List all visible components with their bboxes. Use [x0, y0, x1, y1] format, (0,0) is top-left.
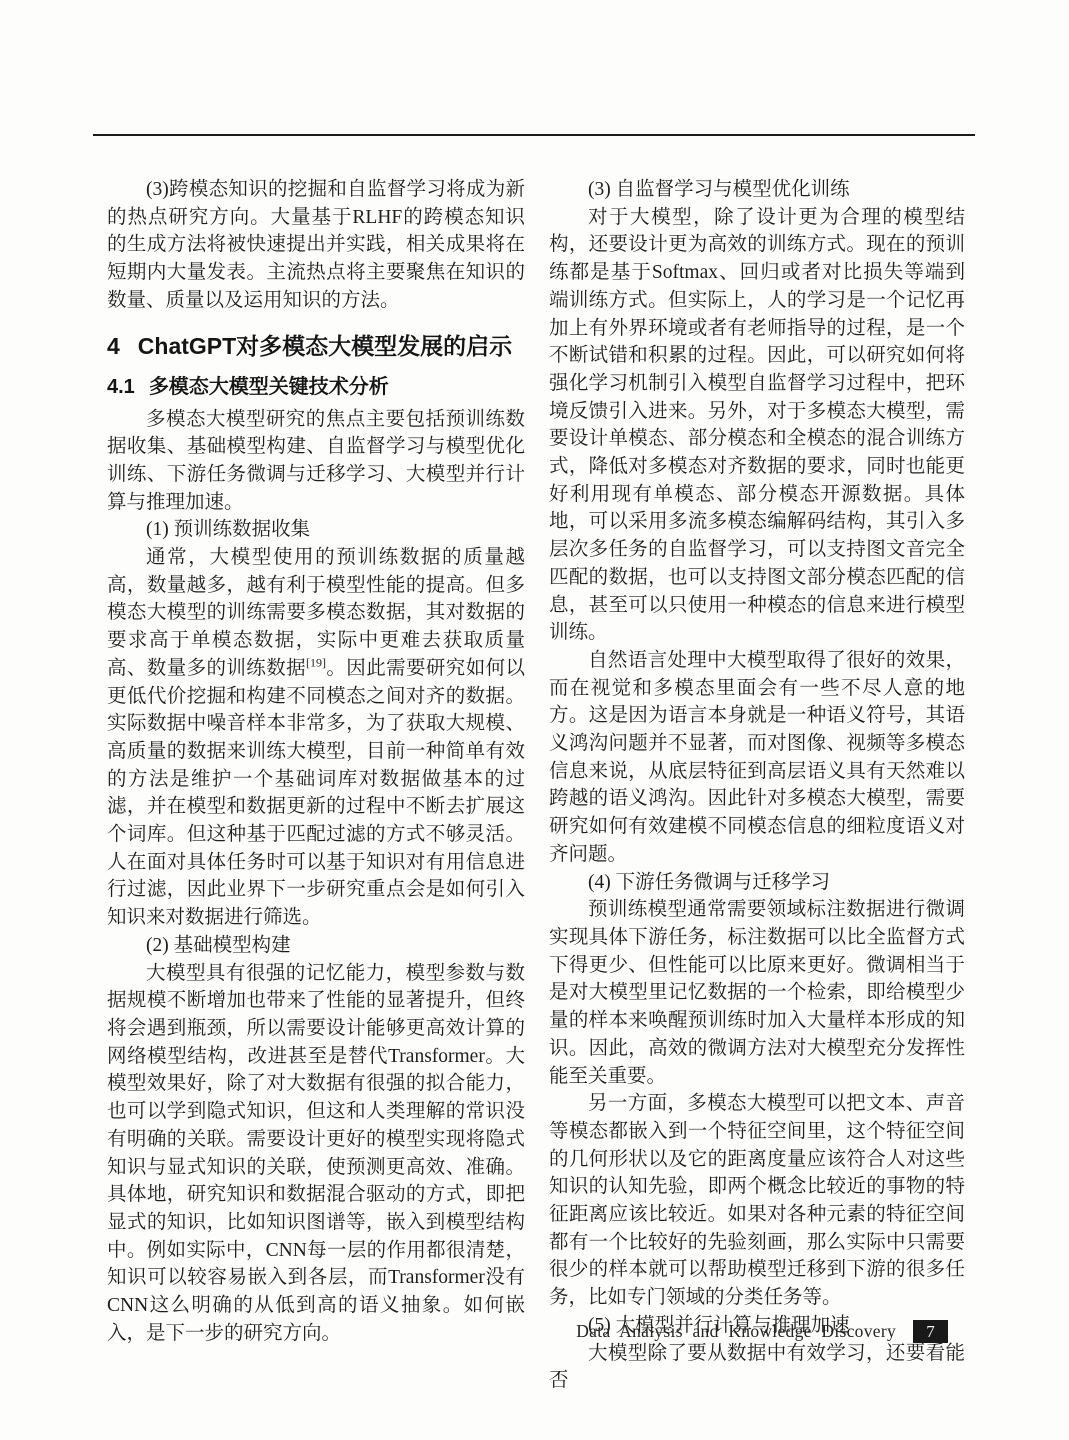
item1-heading: (1) 预训练数据收集: [107, 516, 525, 544]
item3-paragraph-1: 对于大模型，除了设计更为合理的模型结构，还要设计更为高效的训练方式。现在的预训练…: [549, 204, 965, 647]
citation-ref-19: [19]: [306, 655, 326, 669]
item4-heading: (4) 下游任务微调与迁移学习: [549, 869, 965, 897]
item3-paragraph-2: 自然语言处理中大模型取得了很好的效果，而在视觉和多模态里面会有一些不尽人意的地方…: [549, 647, 965, 869]
item3-heading: (3) 自监督学习与模型优化训练: [549, 176, 965, 204]
item1-paragraph: 通常，大模型使用的预训练数据的质量越高，数量越多，越有利于模型性能的提高。但多模…: [107, 544, 525, 932]
header-rule: [93, 134, 975, 136]
left-column: (3)跨模态知识的挖掘和自监督学习将成为新的热点研究方向。大量基于RLHF的跨模…: [107, 176, 525, 1347]
item1-text-after-citation: 。因此需要研究如何以更低代价挖掘和构建不同模态之间对齐的数据。实际数据中噪音样本…: [107, 658, 525, 928]
item4-paragraph-2: 另一方面，多模态大模型可以把文本、声音等模态都嵌入到一个特征空间里，这个特征空间…: [549, 1090, 965, 1312]
subsection-number: 4.1: [107, 376, 135, 398]
item2-heading: (2) 基础模型构建: [107, 932, 525, 960]
item5-paragraph: 大模型除了要从数据中有效学习，还要看能否: [549, 1340, 965, 1395]
journal-name: Data Analysis and Knowledge Discovery: [576, 1321, 896, 1342]
journal-page: (3)跨模态知识的挖掘和自监督学习将成为新的热点研究方向。大量基于RLHF的跨模…: [0, 0, 1069, 1440]
section-title: ChatGPT对多模态大模型发展的启示: [138, 333, 512, 359]
paragraph-conclusion-item3: (3)跨模态知识的挖掘和自监督学习将成为新的热点研究方向。大量基于RLHF的跨模…: [107, 176, 525, 315]
section-number: 4: [107, 333, 120, 359]
page-number-badge: 7: [913, 1320, 948, 1343]
item4-paragraph-1: 预训练模型通常需要领域标注数据进行微调实现具体下游任务，标注数据可以比全监督方式…: [549, 896, 965, 1090]
item2-paragraph: 大模型具有很强的记忆能力，模型参数与数据规模不断增加也带来了性能的显著提升，但终…: [107, 960, 525, 1348]
subsection-title: 多模态大模型关键技术分析: [149, 376, 389, 398]
right-column: (3) 自监督学习与模型优化训练 对于大模型，除了设计更为合理的模型结构，还要设…: [549, 176, 965, 1395]
subsection-heading-4-1: 4.1多模态大模型关键技术分析: [107, 373, 525, 401]
section-heading-4: 4ChatGPT对多模态大模型发展的启示: [107, 330, 525, 362]
paragraph-overview: 多模态大模型研究的焦点主要包括预训练数据收集、基础模型构建、自监督学习与模型优化…: [107, 406, 525, 517]
page-footer: Data Analysis and Knowledge Discovery 7: [576, 1320, 948, 1343]
